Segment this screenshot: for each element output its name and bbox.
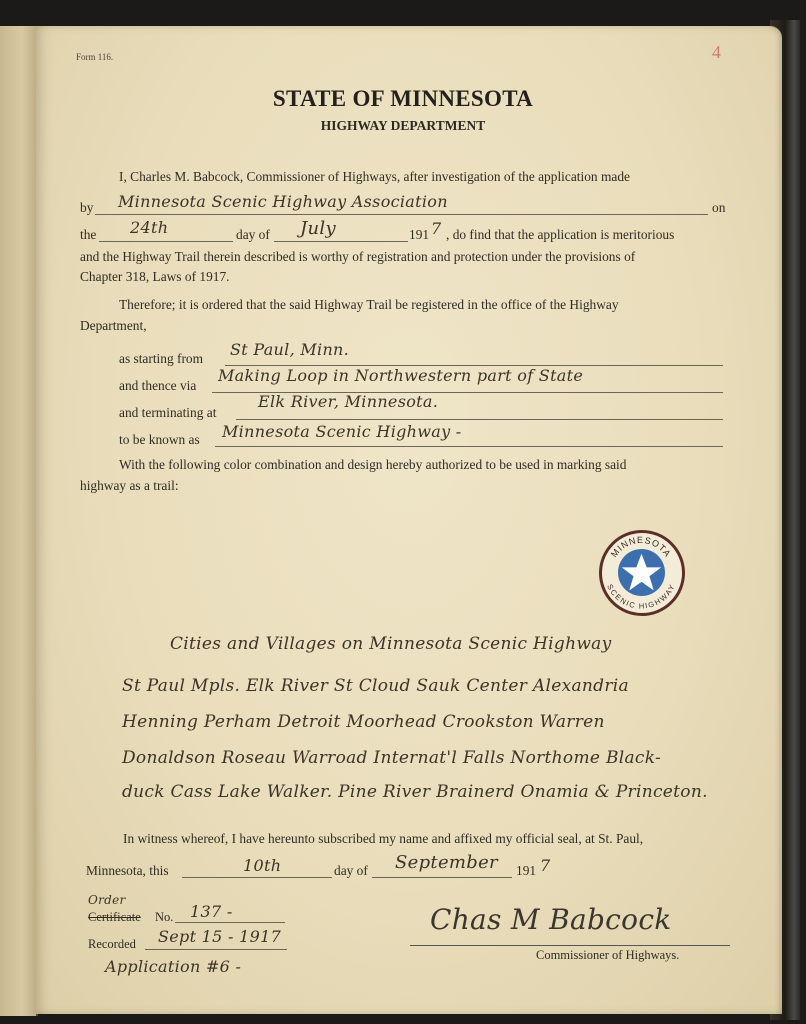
starting-field: St Paul, Minn.: [230, 340, 349, 359]
page-subtitle: HIGHWAY DEPARTMENT: [0, 118, 806, 134]
cities-line-4: duck Cass Lake Walker. Pine River Braine…: [122, 782, 708, 802]
order-line-1: Therefore; it is ordered that the said H…: [119, 296, 619, 314]
order-annotation: Order: [88, 893, 126, 907]
witness-month-line: [372, 877, 512, 878]
day-line: [99, 241, 233, 242]
form-number: Form 116.: [76, 52, 113, 62]
witness-year-prefix: 191: [516, 862, 536, 880]
certificate-no-line: [175, 922, 285, 923]
the-label: the: [80, 226, 96, 244]
terminating-field: Elk River, Minnesota.: [258, 392, 438, 411]
preamble-line-4: and the Highway Trail therein described …: [80, 248, 635, 266]
month-field: July: [300, 218, 336, 239]
preamble-line-5: Chapter 318, Laws of 1917.: [80, 268, 230, 286]
terminating-line: [236, 419, 723, 420]
order-line-2: Department,: [80, 317, 147, 335]
terminating-label: and terminating at: [119, 404, 216, 422]
cities-heading: Cities and Villages on Minnesota Scenic …: [170, 634, 612, 654]
known-as-line: [215, 446, 723, 447]
witness-year-suffix: 7: [540, 856, 550, 875]
witness-minnesota-label: Minnesota, this: [86, 862, 169, 880]
year-prefix: 191: [409, 226, 429, 244]
design-line-1: With the following color combination and…: [119, 456, 626, 474]
svg-text:SCENIC HIGHWAY: SCENIC HIGHWAY: [605, 583, 676, 611]
witness-day-line: [182, 877, 332, 878]
applicant-line: [95, 214, 708, 215]
known-as-label: to be known as: [119, 431, 200, 449]
scenic-highway-seal: MINNESOTA SCENIC HIGHWAY: [599, 530, 685, 616]
known-as-field: Minnesota Scenic Highway -: [222, 422, 462, 441]
commissioner-signature: Chas M Babcock: [430, 903, 672, 936]
preamble-line-1: I, Charles M. Babcock, Commissioner of H…: [119, 168, 630, 186]
day-field: 24th: [130, 218, 168, 237]
application-note: Application #6 -: [105, 957, 241, 976]
month-line: [274, 241, 408, 242]
via-label: and thence via: [119, 377, 196, 395]
recorded-line: [145, 949, 287, 950]
recorded-label: Recorded: [88, 935, 136, 953]
day-of-label: day of: [236, 226, 270, 244]
cities-line-2: Henning Perham Detroit Moorhead Crooksto…: [122, 712, 605, 732]
witness-month-field: September: [395, 852, 498, 873]
page-title: STATE OF MINNESOTA: [0, 86, 806, 112]
cities-line-3: Donaldson Roseau Warroad Internat'l Fall…: [122, 748, 661, 768]
witness-day-of-label: day of: [334, 862, 368, 880]
via-field: Making Loop in Northwestern part of Stat…: [218, 366, 583, 385]
by-label: by: [80, 199, 93, 217]
no-label: No.: [155, 908, 173, 926]
starting-label: as starting from: [119, 350, 203, 368]
certificate-number: 137 -: [190, 902, 233, 921]
preamble-line-3-rest: , do find that the application is merito…: [446, 226, 674, 244]
year-suffix-field: 7: [431, 219, 441, 238]
on-label: on: [712, 199, 725, 217]
page-number: 4: [712, 42, 721, 63]
design-line-2: highway as a trail:: [80, 477, 179, 495]
applicant-field: Minnesota Scenic Highway Association: [118, 192, 448, 211]
recorded-date: Sept 15 - 1917: [158, 927, 281, 946]
witness-day-field: 10th: [243, 856, 281, 875]
witness-line-1: In witness whereof, I have hereunto subs…: [123, 830, 643, 848]
signer-title: Commissioner of Highways.: [536, 946, 679, 964]
svg-text:MINNESOTA: MINNESOTA: [609, 535, 673, 559]
left-page-edge: [0, 26, 38, 1016]
seal-text: MINNESOTA SCENIC HIGHWAY: [598, 529, 684, 615]
cities-line-1: St Paul Mpls. Elk River St Cloud Sauk Ce…: [122, 676, 629, 696]
certificate-label: Certificate: [88, 908, 141, 926]
